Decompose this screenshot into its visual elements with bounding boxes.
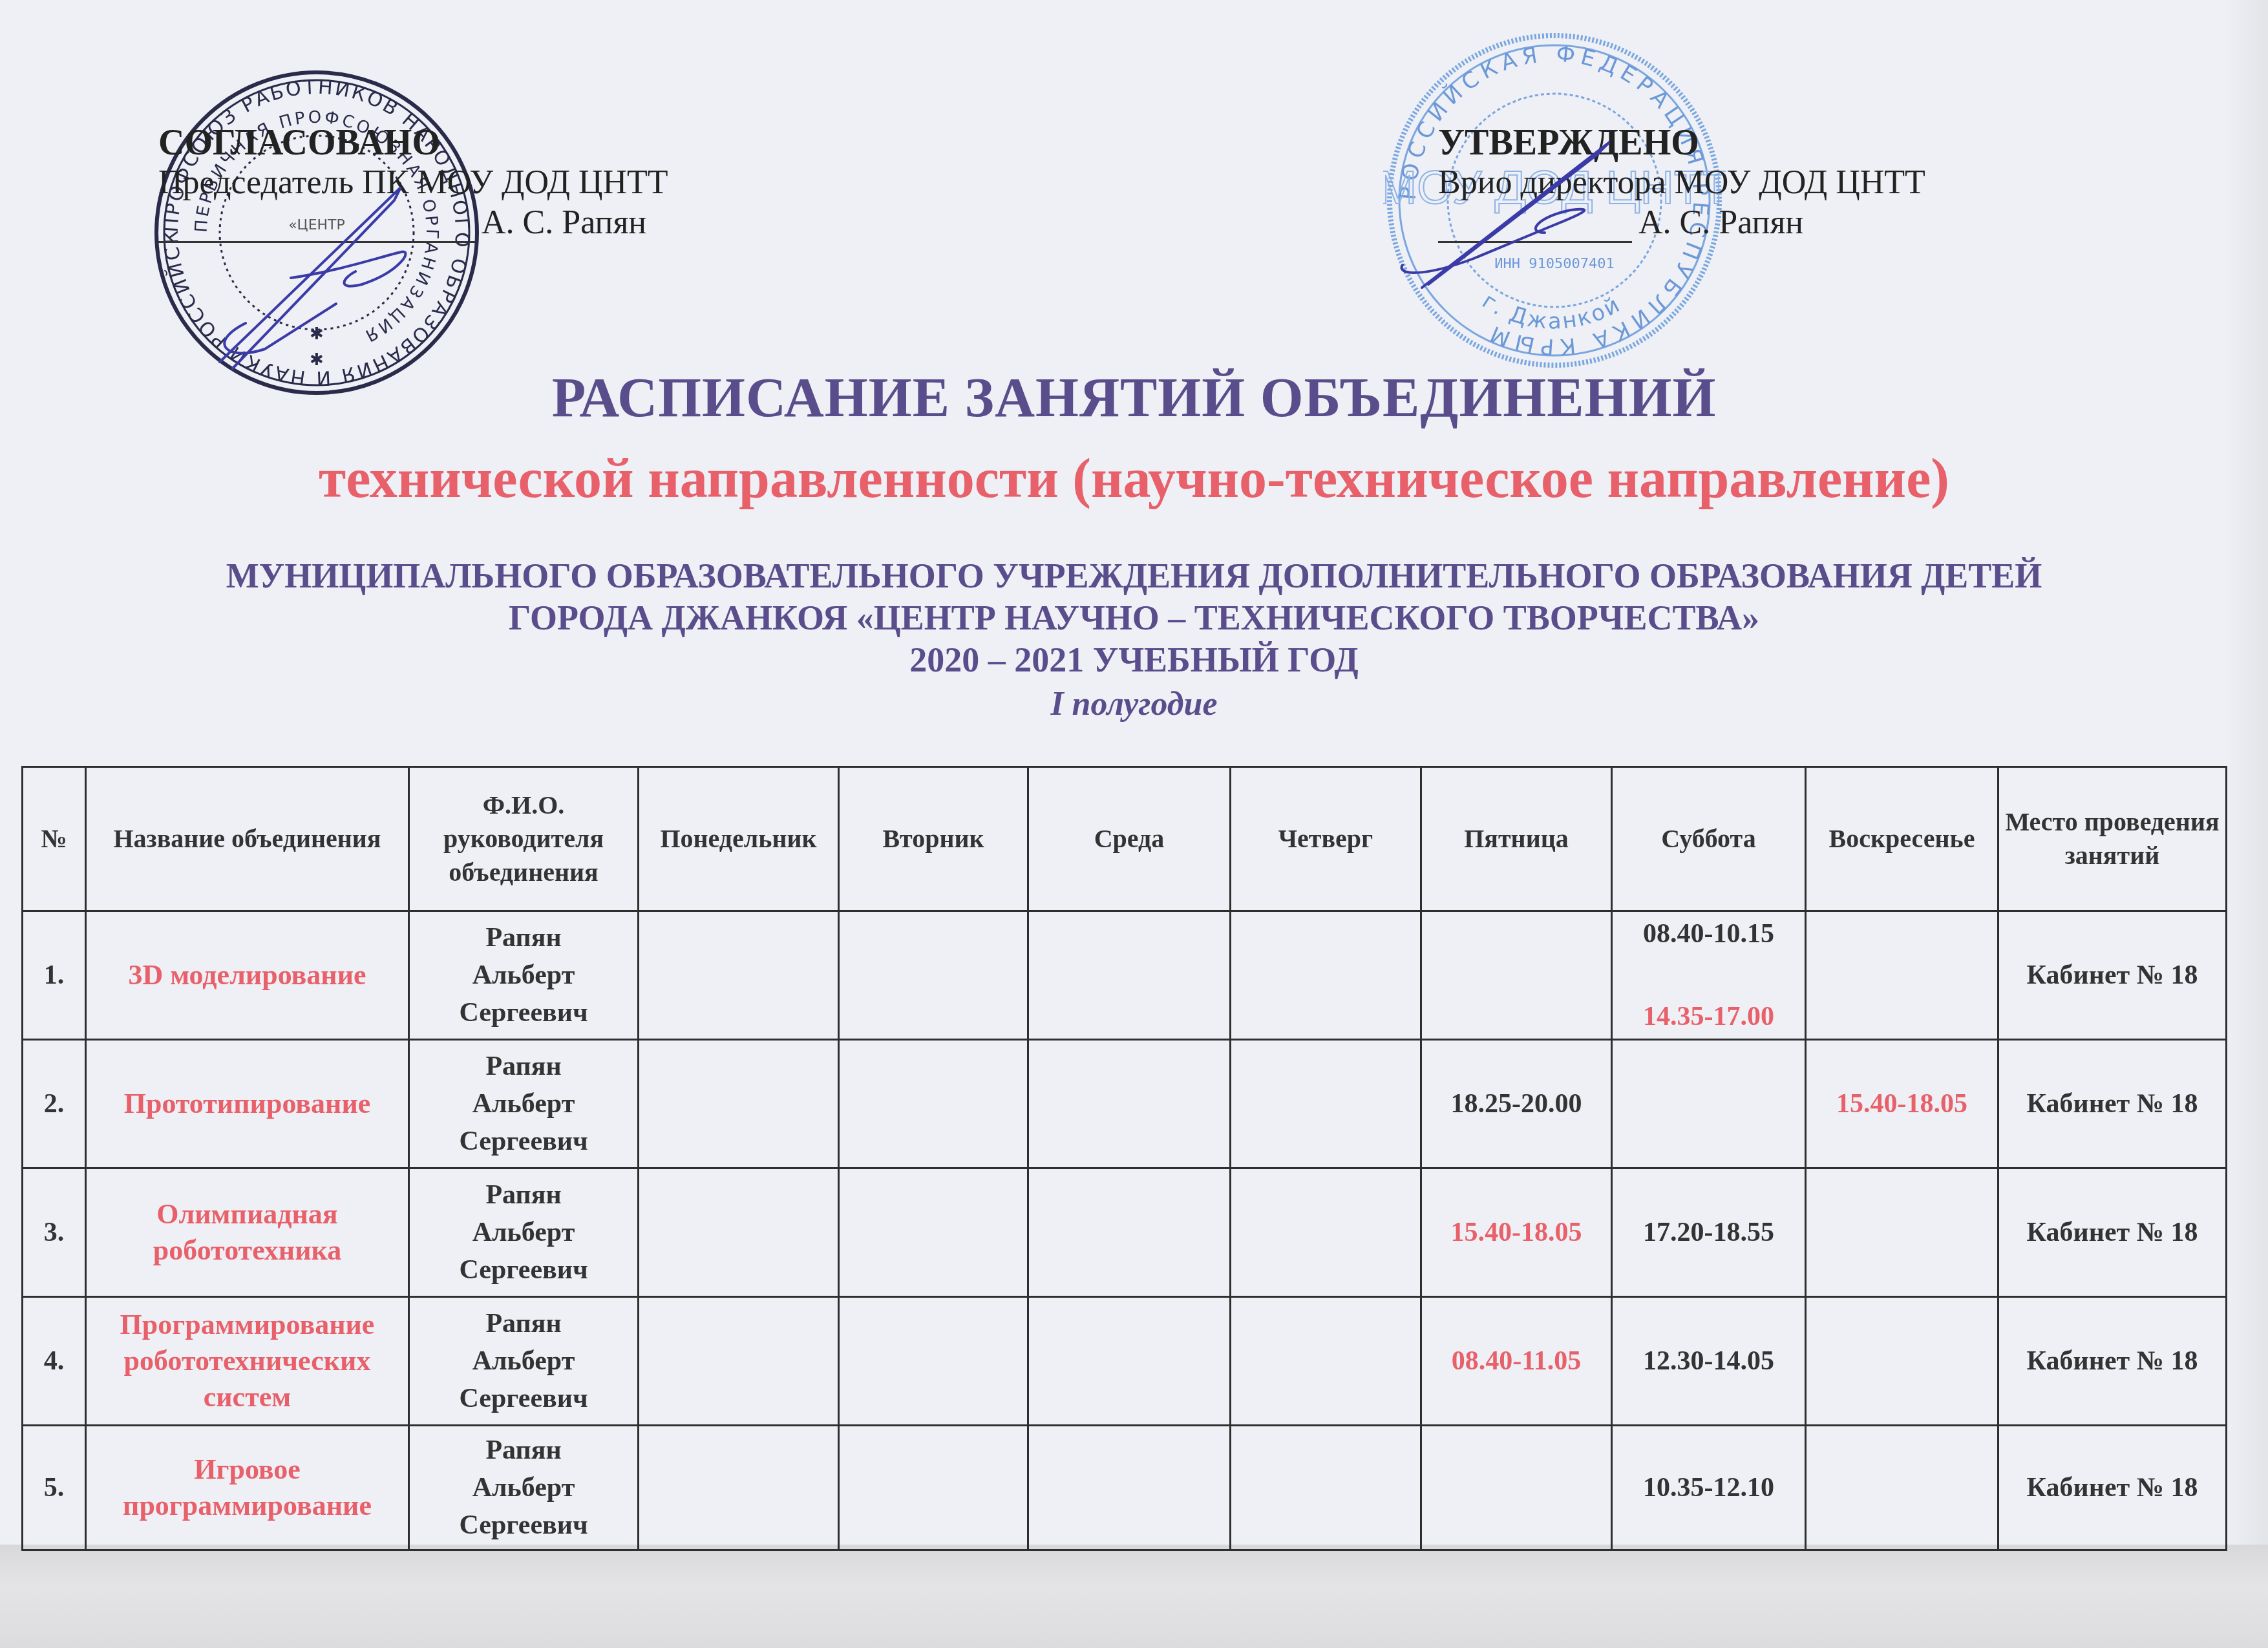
time-slot: 08.40-11.05	[1426, 1342, 1607, 1380]
agreed-header: СОГЛАСОВАНО	[158, 123, 668, 163]
header-col-leader: Ф.И.О. руководителя объединения	[409, 767, 639, 911]
schedule-cell-wed	[1028, 1426, 1231, 1550]
table-row: 4.Программирование робототехнических сис…	[23, 1297, 2227, 1426]
time-slot: 15.40-18.05	[1426, 1214, 1607, 1251]
header-col-wednesday: Среда	[1028, 767, 1231, 911]
organization-name-line2: ГОРОДА ДЖАНКОЯ «ЦЕНТР НАУЧНО – ТЕХНИЧЕСК…	[0, 598, 2268, 638]
header-col-saturday: Суббота	[1612, 767, 1806, 911]
schedule-cell-tue	[839, 911, 1028, 1040]
schedule-cell-wed	[1028, 1297, 1231, 1426]
schedule-cell-fri: 15.40-18.05	[1421, 1168, 1612, 1297]
schedule-cell-thu	[1231, 911, 1421, 1040]
schedule-cell-wed	[1028, 1168, 1231, 1297]
academic-year: 2020 – 2021 УЧЕБНЫЙ ГОД	[0, 640, 2268, 680]
club-name: Прототипирование	[86, 1040, 409, 1168]
page-edge-shadow	[2223, 0, 2268, 1545]
schedule-cell-sat: 08.40-10.1514.35-17.00	[1612, 911, 1806, 1040]
header-col-monday: Понедельник	[639, 767, 839, 911]
schedule-cell-thu	[1231, 1297, 1421, 1426]
leader-name-part: Рапян	[414, 1431, 633, 1469]
leader-name: РапянАльбертСергеевич	[409, 1426, 639, 1550]
page-title: РАСПИСАНИЕ ЗАНЯТИЙ ОБЪЕДИНЕНИЙ	[0, 365, 2268, 430]
table-row: 5.Игровое программированиеРапянАльбертСе…	[23, 1426, 2227, 1550]
location: Кабинет № 18	[1998, 1168, 2227, 1297]
schedule-cell-sat	[1612, 1040, 1806, 1168]
schedule-cell-tue	[839, 1297, 1028, 1426]
organization-name-line1: МУНИЦИПАЛЬНОГО ОБРАЗОВАТЕЛЬНОГО УЧРЕЖДЕН…	[0, 556, 2268, 596]
leader-name-part: Альберт	[414, 1085, 633, 1123]
schedule-cell-sun	[1806, 1297, 1998, 1426]
header-col-sunday: Воскресенье	[1806, 767, 1998, 911]
header-col-club-name: Название объединения	[86, 767, 409, 911]
schedule-cell-mon	[639, 1040, 839, 1168]
schedule-cell-sat: 17.20-18.55	[1612, 1168, 1806, 1297]
leader-name: РапянАльбертСергеевич	[409, 1168, 639, 1297]
time-slot: 14.35-17.00	[1616, 998, 1801, 1035]
row-number: 4.	[23, 1297, 86, 1426]
leader-name-part: Альберт	[414, 1342, 633, 1380]
location: Кабинет № 18	[1998, 1040, 2227, 1168]
header-col-friday: Пятница	[1421, 767, 1612, 911]
schedule-cell-sun: 15.40-18.05	[1806, 1040, 1998, 1168]
header-col-number: №	[23, 767, 86, 911]
leader-name-part: Сергеевич	[414, 1380, 633, 1417]
leader-name-part: Сергеевич	[414, 994, 633, 1031]
schedule-cell-mon	[639, 1426, 839, 1550]
time-slot: 15.40-18.05	[1810, 1085, 1993, 1123]
schedule-cell-tue	[839, 1426, 1028, 1550]
schedule-cell-fri: 18.25-20.00	[1421, 1040, 1612, 1168]
club-name: 3D моделирование	[86, 911, 409, 1040]
table-row: 1.3D моделированиеРапянАльбертСергеевич0…	[23, 911, 2227, 1040]
schedule-cell-sun	[1806, 911, 1998, 1040]
schedule-cell-mon	[639, 911, 839, 1040]
schedule-cell-sun	[1806, 1426, 1998, 1550]
leader-name-part: Сергеевич	[414, 1251, 633, 1289]
leader-name-part: Сергеевич	[414, 1506, 633, 1544]
header-col-tuesday: Вторник	[839, 767, 1028, 911]
term-label: I полугодие	[0, 685, 2268, 723]
leader-name-part: Альберт	[414, 1214, 633, 1251]
handwritten-signature-icon	[1396, 136, 1629, 291]
schedule-cell-mon	[639, 1168, 839, 1297]
time-slot: 18.25-20.00	[1426, 1085, 1607, 1123]
club-name: Олимпиадная робототехника	[86, 1168, 409, 1297]
schedule-cell-thu	[1231, 1040, 1421, 1168]
row-number: 5.	[23, 1426, 86, 1550]
row-number: 1.	[23, 911, 86, 1040]
leader-name-part: Рапян	[414, 1048, 633, 1085]
agreed-signer-name: А. С. Рапян	[482, 203, 646, 243]
schedule-table: №Название объединенияФ.И.О. руководителя…	[21, 766, 2227, 1551]
time-slot: 10.35-12.10	[1616, 1469, 1801, 1506]
schedule-cell-thu	[1231, 1168, 1421, 1297]
time-slot: 12.30-14.05	[1616, 1342, 1801, 1380]
club-name: Игровое программирование	[86, 1426, 409, 1550]
table-row: 2.ПрототипированиеРапянАльбертСергеевич1…	[23, 1040, 2227, 1168]
row-number: 3.	[23, 1168, 86, 1297]
schedule-cell-mon	[639, 1297, 839, 1426]
schedule-cell-tue	[839, 1168, 1028, 1297]
schedule-cell-wed	[1028, 911, 1231, 1040]
schedule-cell-wed	[1028, 1040, 1231, 1168]
header-col-thursday: Четверг	[1231, 767, 1421, 911]
schedule-cell-fri: 08.40-11.05	[1421, 1297, 1612, 1426]
leader-name-part: Рапян	[414, 919, 633, 956]
schedule-cell-sat: 10.35-12.10	[1612, 1426, 1806, 1550]
leader-name-part: Альберт	[414, 956, 633, 994]
row-number: 2.	[23, 1040, 86, 1168]
time-slot: 08.40-10.15	[1616, 915, 1801, 953]
handwritten-signature-icon	[207, 174, 440, 381]
leader-name-part: Альберт	[414, 1469, 633, 1506]
approved-signer-name: А. С. Рапян	[1638, 203, 1803, 243]
club-name: Программирование робототехнических систе…	[86, 1297, 409, 1426]
location: Кабинет № 18	[1998, 1297, 2227, 1426]
schedule-cell-thu	[1231, 1426, 1421, 1550]
header-col-location: Место проведения занятий	[1998, 767, 2227, 911]
schedule-cell-fri	[1421, 1426, 1612, 1550]
location: Кабинет № 18	[1998, 1426, 2227, 1550]
leader-name-part: Рапян	[414, 1176, 633, 1214]
leader-name-part: Сергеевич	[414, 1123, 633, 1160]
leader-name: РапянАльбертСергеевич	[409, 1040, 639, 1168]
scan-bottom-shadow	[0, 1545, 2268, 1648]
leader-name: РапянАльбертСергеевич	[409, 1297, 639, 1426]
time-slot: 17.20-18.55	[1616, 1214, 1801, 1251]
schedule-cell-sat: 12.30-14.05	[1612, 1297, 1806, 1426]
table-header-row: №Название объединенияФ.И.О. руководителя…	[23, 767, 2227, 911]
table-row: 3.Олимпиадная робототехникаРапянАльбертС…	[23, 1168, 2227, 1297]
schedule-cell-fri	[1421, 911, 1612, 1040]
location: Кабинет № 18	[1998, 911, 2227, 1040]
schedule-cell-tue	[839, 1040, 1028, 1168]
leader-name-part: Рапян	[414, 1305, 633, 1342]
page-subtitle: технической направленности (научно-техни…	[0, 446, 2268, 511]
leader-name: РапянАльбертСергеевич	[409, 911, 639, 1040]
schedule-cell-sun	[1806, 1168, 1998, 1297]
